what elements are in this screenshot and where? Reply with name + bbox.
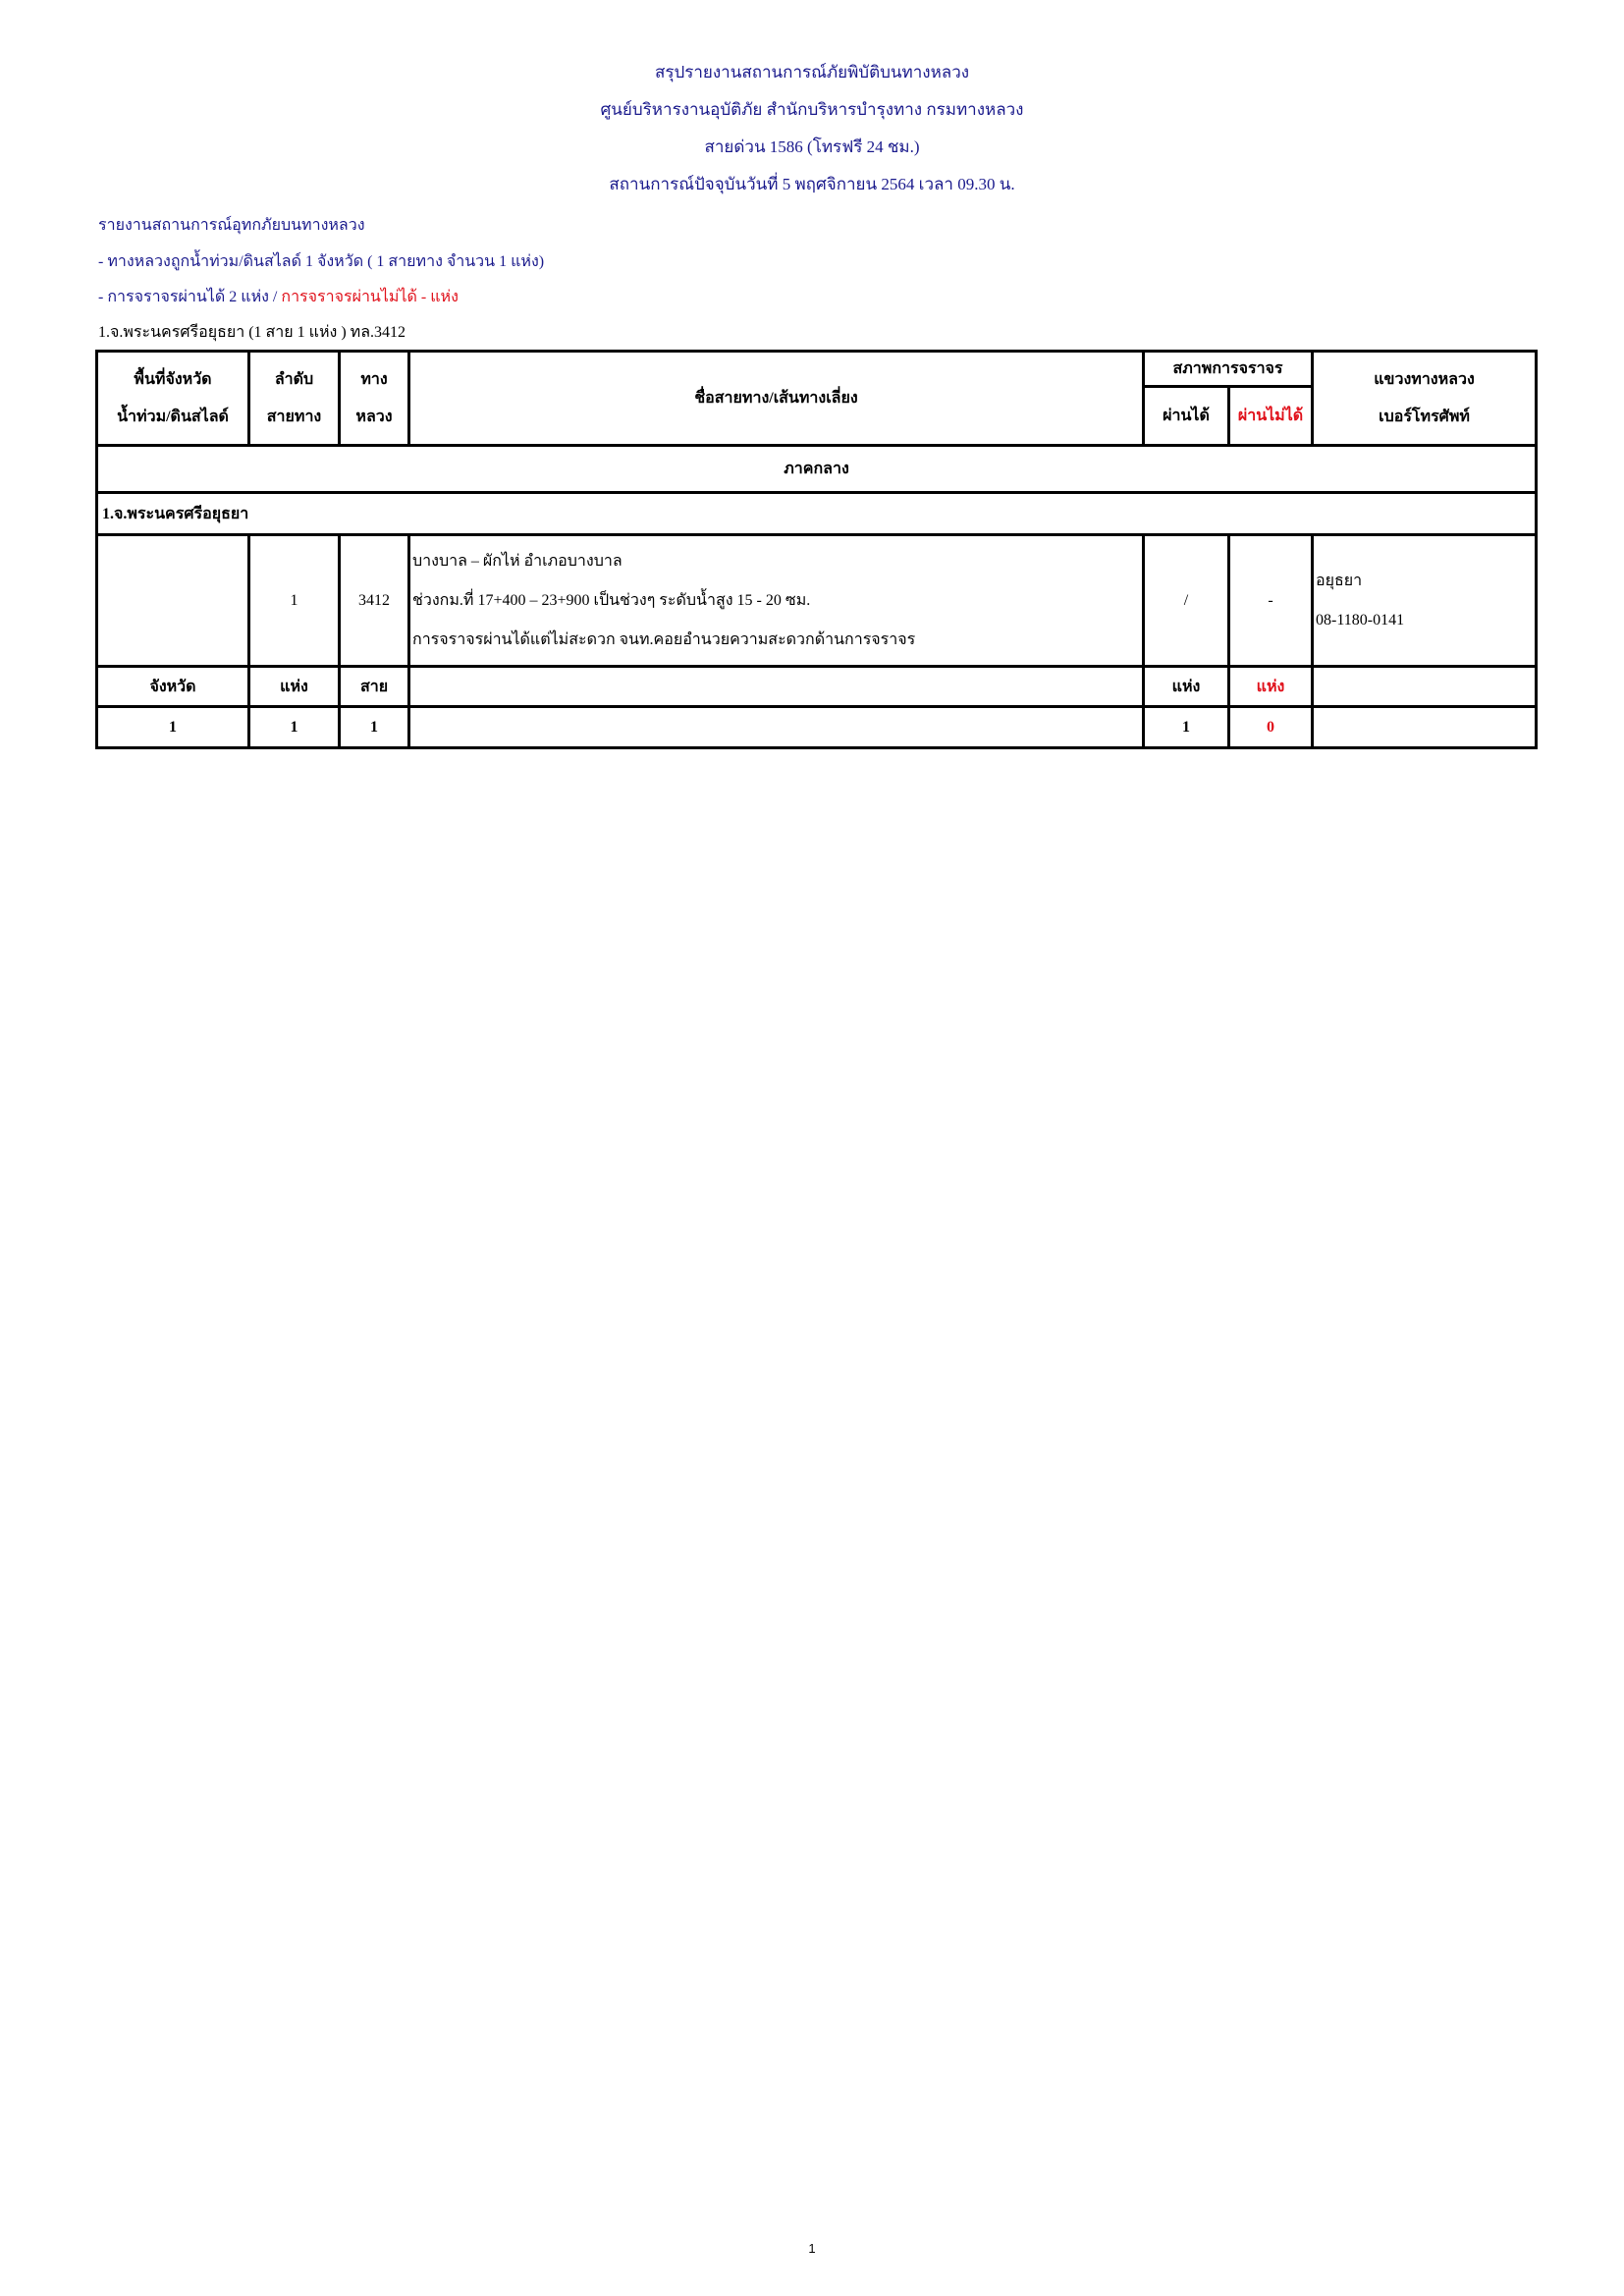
header-impassable: ผ่านไม่ได้ bbox=[1229, 387, 1313, 446]
total-impassable: 0 bbox=[1229, 707, 1313, 748]
total-district-empty bbox=[1313, 707, 1537, 748]
report-subtitle-org: ศูนย์บริหารงานอุบัติภัย สำนักบริหารบำรุง… bbox=[0, 100, 1624, 120]
description-line-route: บางบาล – ผักไห่ อำเภอบางบาล bbox=[412, 542, 1138, 581]
intro-heading: รายงานสถานการณ์อุทกภัยบนทางหลวง bbox=[98, 216, 365, 236]
total-empty bbox=[409, 707, 1144, 748]
description-line-traffic: การจราจรผ่านได้แต่ไม่สะดวก จนท.คอยอำนวยค… bbox=[412, 621, 1138, 660]
intro-province-summary: 1.จ.พระนครศรีอยุธยา (1 สาย 1 แห่ง ) ทล.3… bbox=[98, 323, 406, 343]
cell-description: บางบาล – ผักไห่ อำเภอบางบาล ช่วงกม.ที่ 1… bbox=[409, 535, 1144, 667]
header-area-line2: น้ำท่วม/ดินสไลด์ bbox=[102, 399, 244, 436]
table-row: 1 3412 บางบาล – ผักไห่ อำเภอบางบาล ช่วงก… bbox=[97, 535, 1537, 667]
header-route-name: ชื่อสายทาง/เส้นทางเลี่ยง bbox=[409, 352, 1144, 446]
cell-highway: 3412 bbox=[340, 535, 409, 667]
report-timestamp: สถานการณ์ปัจจุบันวันที่ 5 พฤศจิกายน 2564… bbox=[0, 175, 1624, 194]
header-highway-line2: หลวง bbox=[345, 399, 404, 436]
total-province: 1 bbox=[97, 707, 249, 748]
summary-label-passable: แห่ง bbox=[1144, 667, 1229, 707]
cell-seq: 1 bbox=[249, 535, 340, 667]
header-highway-line1: ทาง bbox=[345, 361, 404, 399]
header-highway: ทาง หลวง bbox=[340, 352, 409, 446]
header-traffic-status: สภาพการจราจร bbox=[1144, 352, 1313, 387]
header-passable: ผ่านได้ bbox=[1144, 387, 1229, 446]
cell-passable: / bbox=[1144, 535, 1229, 667]
district-name: อยุธยา bbox=[1316, 562, 1531, 601]
header-seq-line2: สายทาง bbox=[254, 399, 334, 436]
totals-row: 1 1 1 1 0 bbox=[97, 707, 1537, 748]
header-district-line1: แขวงทางหลวง bbox=[1318, 361, 1531, 399]
total-routes: 1 bbox=[340, 707, 409, 748]
header-seq-line1: ลำดับ bbox=[254, 361, 334, 399]
flood-report-table: พื้นที่จังหวัด น้ำท่วม/ดินสไลด์ ลำดับ สา… bbox=[95, 350, 1538, 749]
intro-traffic-line: - การจราจรผ่านได้ 2 แห่ง / การจราจรผ่านไ… bbox=[98, 288, 459, 307]
total-passable: 1 bbox=[1144, 707, 1229, 748]
header-district-line2: เบอร์โทรศัพท์ bbox=[1318, 399, 1531, 436]
header-area-line1: พื้นที่จังหวัด bbox=[102, 361, 244, 399]
summary-label-places: แห่ง bbox=[249, 667, 340, 707]
cell-area bbox=[97, 535, 249, 667]
intro-impassable-text: การจราจรผ่านไม่ได้ - แห่ง bbox=[281, 289, 459, 305]
summary-label-impassable: แห่ง bbox=[1229, 667, 1313, 707]
summary-label-empty bbox=[409, 667, 1144, 707]
summary-label-routes: สาย bbox=[340, 667, 409, 707]
cell-impassable: - bbox=[1229, 535, 1313, 667]
intro-summary-line: - ทางหลวงถูกน้ำท่วม/ดินสไลด์ 1 จังหวัด (… bbox=[98, 252, 544, 272]
province-label: 1.จ.พระนครศรีอยุธยา bbox=[97, 493, 1537, 535]
report-hotline: สายด่วน 1586 (โทรฟรี 24 ชม.) bbox=[0, 137, 1624, 157]
intro-passable-text: - การจราจรผ่านได้ 2 แห่ง / bbox=[98, 289, 281, 305]
header-district: แขวงทางหลวง เบอร์โทรศัพท์ bbox=[1313, 352, 1537, 446]
total-places: 1 bbox=[249, 707, 340, 748]
header-seq: ลำดับ สายทาง bbox=[249, 352, 340, 446]
summary-label-row: จังหวัด แห่ง สาย แห่ง แห่ง bbox=[97, 667, 1537, 707]
summary-label-province: จังหวัด bbox=[97, 667, 249, 707]
description-line-section: ช่วงกม.ที่ 17+400 – 23+900 เป็นช่วงๆ ระด… bbox=[412, 581, 1138, 621]
district-phone: 08-1180-0141 bbox=[1316, 601, 1531, 640]
region-label: ภาคกลาง bbox=[97, 446, 1537, 493]
header-area: พื้นที่จังหวัด น้ำท่วม/ดินสไลด์ bbox=[97, 352, 249, 446]
cell-district: อยุธยา 08-1180-0141 bbox=[1313, 535, 1537, 667]
summary-label-district-empty bbox=[1313, 667, 1537, 707]
page-number: 1 bbox=[0, 2241, 1624, 2256]
report-title: สรุปรายงานสถานการณ์ภัยพิบัติบนทางหลวง bbox=[0, 63, 1624, 82]
